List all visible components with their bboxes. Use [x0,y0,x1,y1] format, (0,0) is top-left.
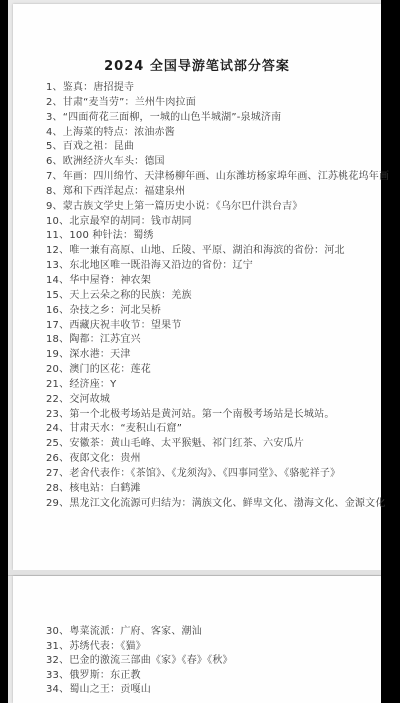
list-item: 11、100 种针法：蜀绣 [46,229,375,244]
list-item: 31、苏绣代表：《猫》 [46,640,375,655]
list-item: 19、深水港：天津 [46,348,375,363]
list-item: 13、东北地区唯一既沿海又沿边的省份：辽宁 [46,259,375,274]
list-item: 15、天上云朵之称的民族：羌族 [46,289,375,304]
list-item: 10、北京最窄的胡同：钱市胡同 [46,215,375,230]
answer-list-page-2: 30、粤菜流派：广府、客家、潮汕31、苏绣代表：《猫》32、巴金的激流三部曲《家… [46,625,375,698]
list-item: 28、核电站：白鹤滩 [46,482,375,497]
list-item: 8、郑和下西洋起点：福建泉州 [46,185,375,200]
list-item: 20、澳门的区花：莲花 [46,363,375,378]
document-title: 2024 全国导游笔试部分答案 [13,55,381,74]
list-item: 21、经济座：Y [46,378,375,393]
list-item: 32、巴金的激流三部曲《家》《春》《秋》 [46,654,375,669]
list-item: 17、西藏庆祝丰收节：望果节 [46,319,375,334]
list-item: 26、夜郎文化：贵州 [46,452,375,467]
list-item: 7、年画：四川绵竹、天津杨柳年画、山东潍坊杨家埠年画、江苏桃花坞年画 [46,170,375,185]
list-item: 14、华中屋脊：神农架 [46,274,375,289]
list-item: 16、杂技之乡：河北吴桥 [46,304,375,319]
list-item: 25、安徽茶：黄山毛峰、太平猴魁、祁门红茶、六安瓜片 [46,437,375,452]
list-item: 33、俄罗斯：东正教 [46,669,375,684]
list-item: 23、第一个北极考场站是黄河站。第一个南极考场站是长城站。 [46,408,375,423]
document-viewer: 2024 全国导游笔试部分答案 1、鉴真：唐招提寺2、甘肃“麦当劳”：兰州牛肉拉… [0,0,400,703]
answer-list-page-1: 1、鉴真：唐招提寺2、甘肃“麦当劳”：兰州牛肉拉面3、“四面荷花三面柳，一城的山… [46,81,375,511]
list-item: 3、“四面荷花三面柳，一城的山色半城湖”-泉城济南 [46,111,375,126]
list-item: 4、上海菜的特点：浓油赤酱 [46,126,375,141]
list-item: 18、陶都：江苏宜兴 [46,333,375,348]
list-item: 6、欧洲经济火车头：德国 [46,155,375,170]
list-item: 5、百戏之祖：昆曲 [46,140,375,155]
document-page-1: 2024 全国导游笔试部分答案 1、鉴真：唐招提寺2、甘肃“麦当劳”：兰州牛肉拉… [13,4,381,570]
list-item: 30、粤菜流派：广府、客家、潮汕 [46,625,375,640]
list-item: 27、老舍代表作：《茶馆》、《龙须沟》、《四事同堂》、《骆驼祥子》 [46,467,375,482]
list-item: 29、黑龙江文化流源可归结为：满族文化、鲜卑文化、渤海文化、金源文化 [46,497,375,512]
list-item: 12、唯一兼有高原、山地、丘陵、平原、湖泊和海滨的省份：河北 [46,244,375,259]
document-page-2: 30、粤菜流派：广府、客家、潮汕31、苏绣代表：《猫》32、巴金的激流三部曲《家… [13,576,381,703]
list-item: 2、甘肃“麦当劳”：兰州牛肉拉面 [46,96,375,111]
list-item: 34、蜀山之王：贡嘎山 [46,683,375,698]
list-item: 22、交河故城 [46,393,375,408]
list-item: 1、鉴真：唐招提寺 [46,81,375,96]
list-item: 9、蒙古族文学史上第一篇历史小说：《乌尔巴什洪台吉》 [46,200,375,215]
list-item: 24、甘肃天水：“麦积山石窟” [46,422,375,437]
